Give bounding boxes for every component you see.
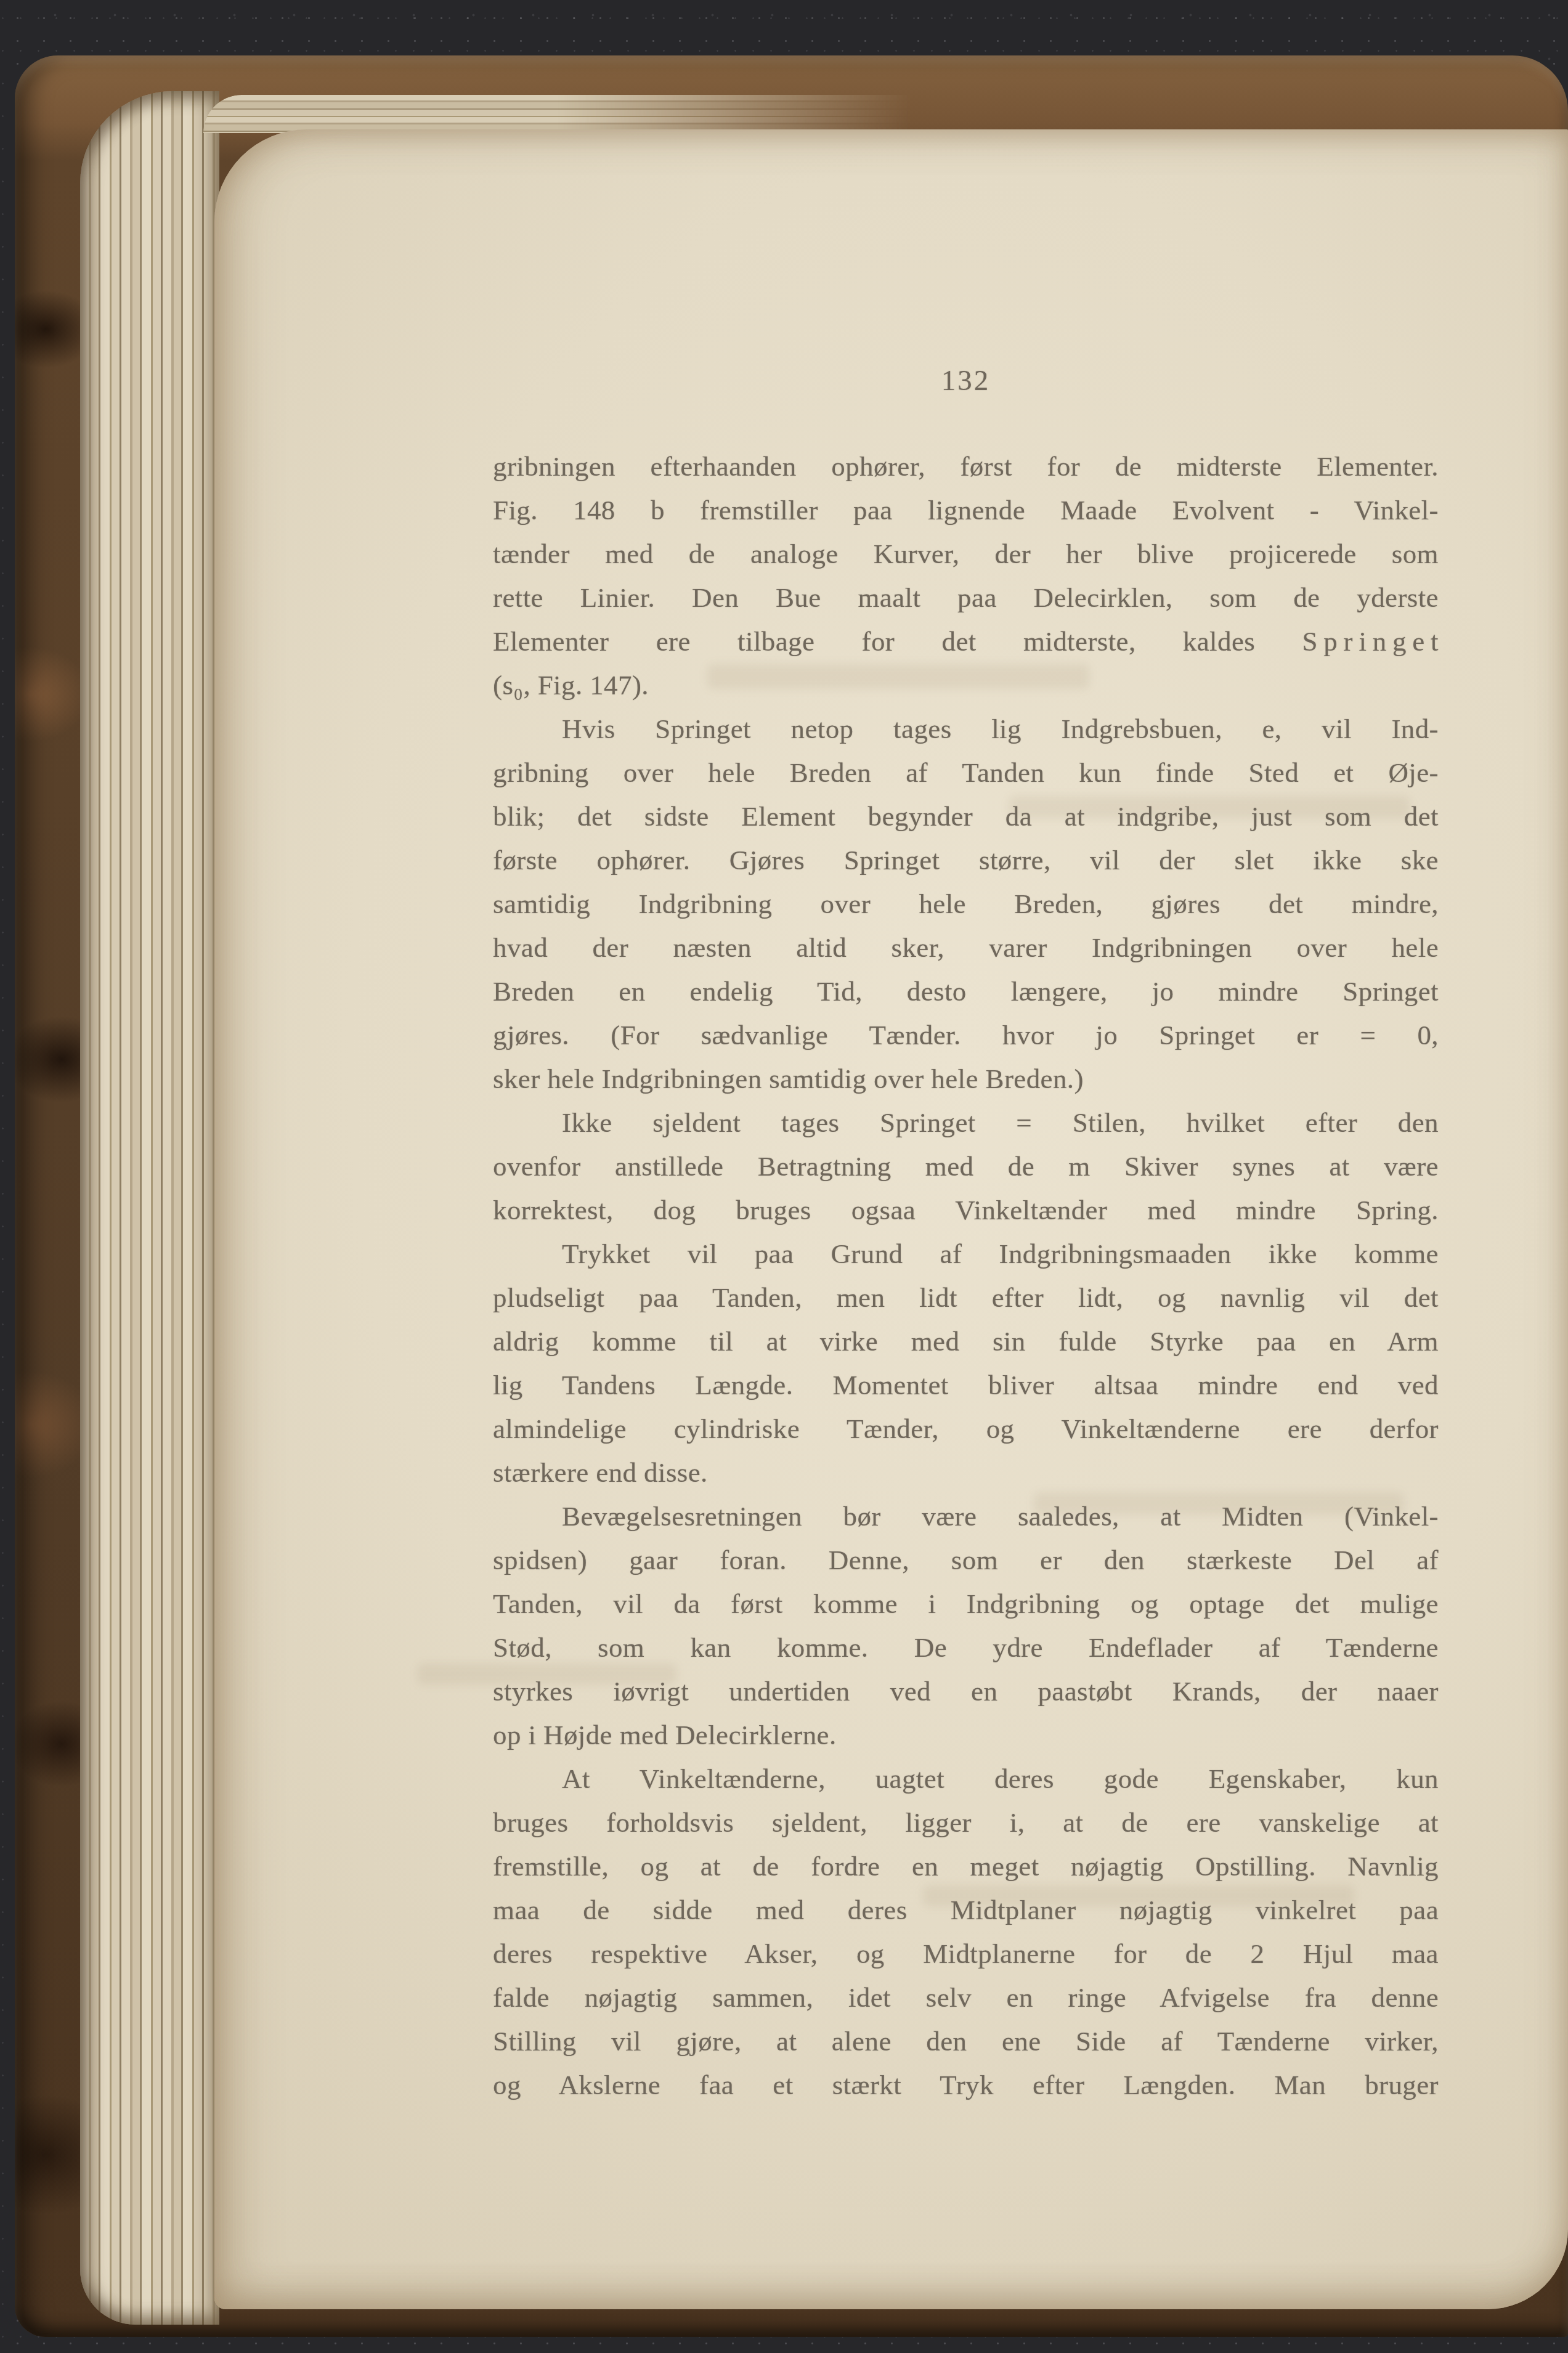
text-line: Ikke sjeldent tages Springet = Stilen, h… [493, 1101, 1439, 1145]
text-line: (s₀, Fig. 147). [493, 664, 1439, 707]
text-line: hvad der næsten altid sker, varer Indgri… [493, 926, 1439, 970]
page-text-column: 132 gribningen efterhaanden ophører, før… [493, 359, 1439, 2107]
text-line: bruges forholdsvis sjeldent, ligger i, a… [493, 1801, 1439, 1845]
page-edge-stack-top [203, 95, 912, 133]
text-line: Breden en endelig Tid, desto længere, jo… [493, 970, 1439, 1014]
text-line: Elementer ere tilbage for det midterste,… [493, 620, 1439, 664]
text-lines: gribningen efterhaanden ophører, først f… [493, 445, 1439, 2107]
text-line: og Akslerne faa et stærkt Tryk efter Læn… [493, 2063, 1439, 2107]
text-line: spidsen) gaar foran. Denne, som er den s… [493, 1538, 1439, 1582]
text-line: fremstille, og at de fordre en meget nøj… [493, 1845, 1439, 1888]
text-line: blik; det sidste Element begynder da at … [493, 795, 1439, 839]
book-scan: 132 gribningen efterhaanden ophører, før… [0, 0, 1568, 2353]
text-line: almindelige cylindriske Tænder, og Vinke… [493, 1407, 1439, 1451]
text-line: maa de sidde med deres Midtplaner nøjagt… [493, 1888, 1439, 1932]
text-line: At Vinkeltænderne, uagtet deres gode Ege… [493, 1757, 1439, 1801]
text-line: gjøres. (For sædvanlige Tænder. hvor jo … [493, 1014, 1439, 1057]
page-number: 132 [493, 359, 1439, 403]
text-line: lig Tandens Længde. Momentet bliver alts… [493, 1363, 1439, 1407]
text-line: Stilling vil gjøre, at alene den ene Sid… [493, 2020, 1439, 2063]
text-line: stærkere end disse. [493, 1451, 1439, 1495]
book-page: 132 gribningen efterhaanden ophører, før… [214, 129, 1568, 2309]
text-line: ovenfor anstillede Betragtning med de m … [493, 1145, 1439, 1189]
text-line: Bevægelsesretningen bør være saaledes, a… [493, 1495, 1439, 1538]
text-line: rette Linier. Den Bue maalt paa Delecirk… [493, 576, 1439, 620]
text-line: aldrig komme til at virke med sin fulde … [493, 1320, 1439, 1363]
text-line: falde nøjagtig sammen, idet selv en ring… [493, 1976, 1439, 2020]
text-line: gribning over hele Breden af Tanden kun … [493, 751, 1439, 795]
text-line: op i Højde med Delecirklerne. [493, 1713, 1439, 1757]
text-line: pludseligt paa Tanden, men lidt efter li… [493, 1276, 1439, 1320]
page-edge-stack-left [80, 91, 219, 2325]
text-line: Tanden, vil da først komme i Indgribning… [493, 1582, 1439, 1626]
text-line: gribningen efterhaanden ophører, først f… [493, 445, 1439, 489]
text-line: Stød, som kan komme. De ydre Endeflader … [493, 1626, 1439, 1670]
text-line: Hvis Springet netop tages lig Indgrebsbu… [493, 707, 1439, 751]
text-line: første ophører. Gjøres Springet større, … [493, 839, 1439, 882]
text-line: Fig. 148 b fremstiller paa lignende Maad… [493, 489, 1439, 532]
text-line: Trykket vil paa Grund af Indgribningsmaa… [493, 1232, 1439, 1276]
text-line: styrkes iøvrigt undertiden ved en paastø… [493, 1670, 1439, 1713]
text-line: korrektest, dog bruges ogsaa Vinkeltænde… [493, 1189, 1439, 1232]
text-line: deres respektive Akser, og Midtplanerne … [493, 1932, 1439, 1976]
text-line: samtidig Indgribning over hele Breden, g… [493, 882, 1439, 926]
text-line: tænder med de analoge Kurver, der her bl… [493, 532, 1439, 576]
text-line: sker hele Indgribningen samtidig over he… [493, 1057, 1439, 1101]
